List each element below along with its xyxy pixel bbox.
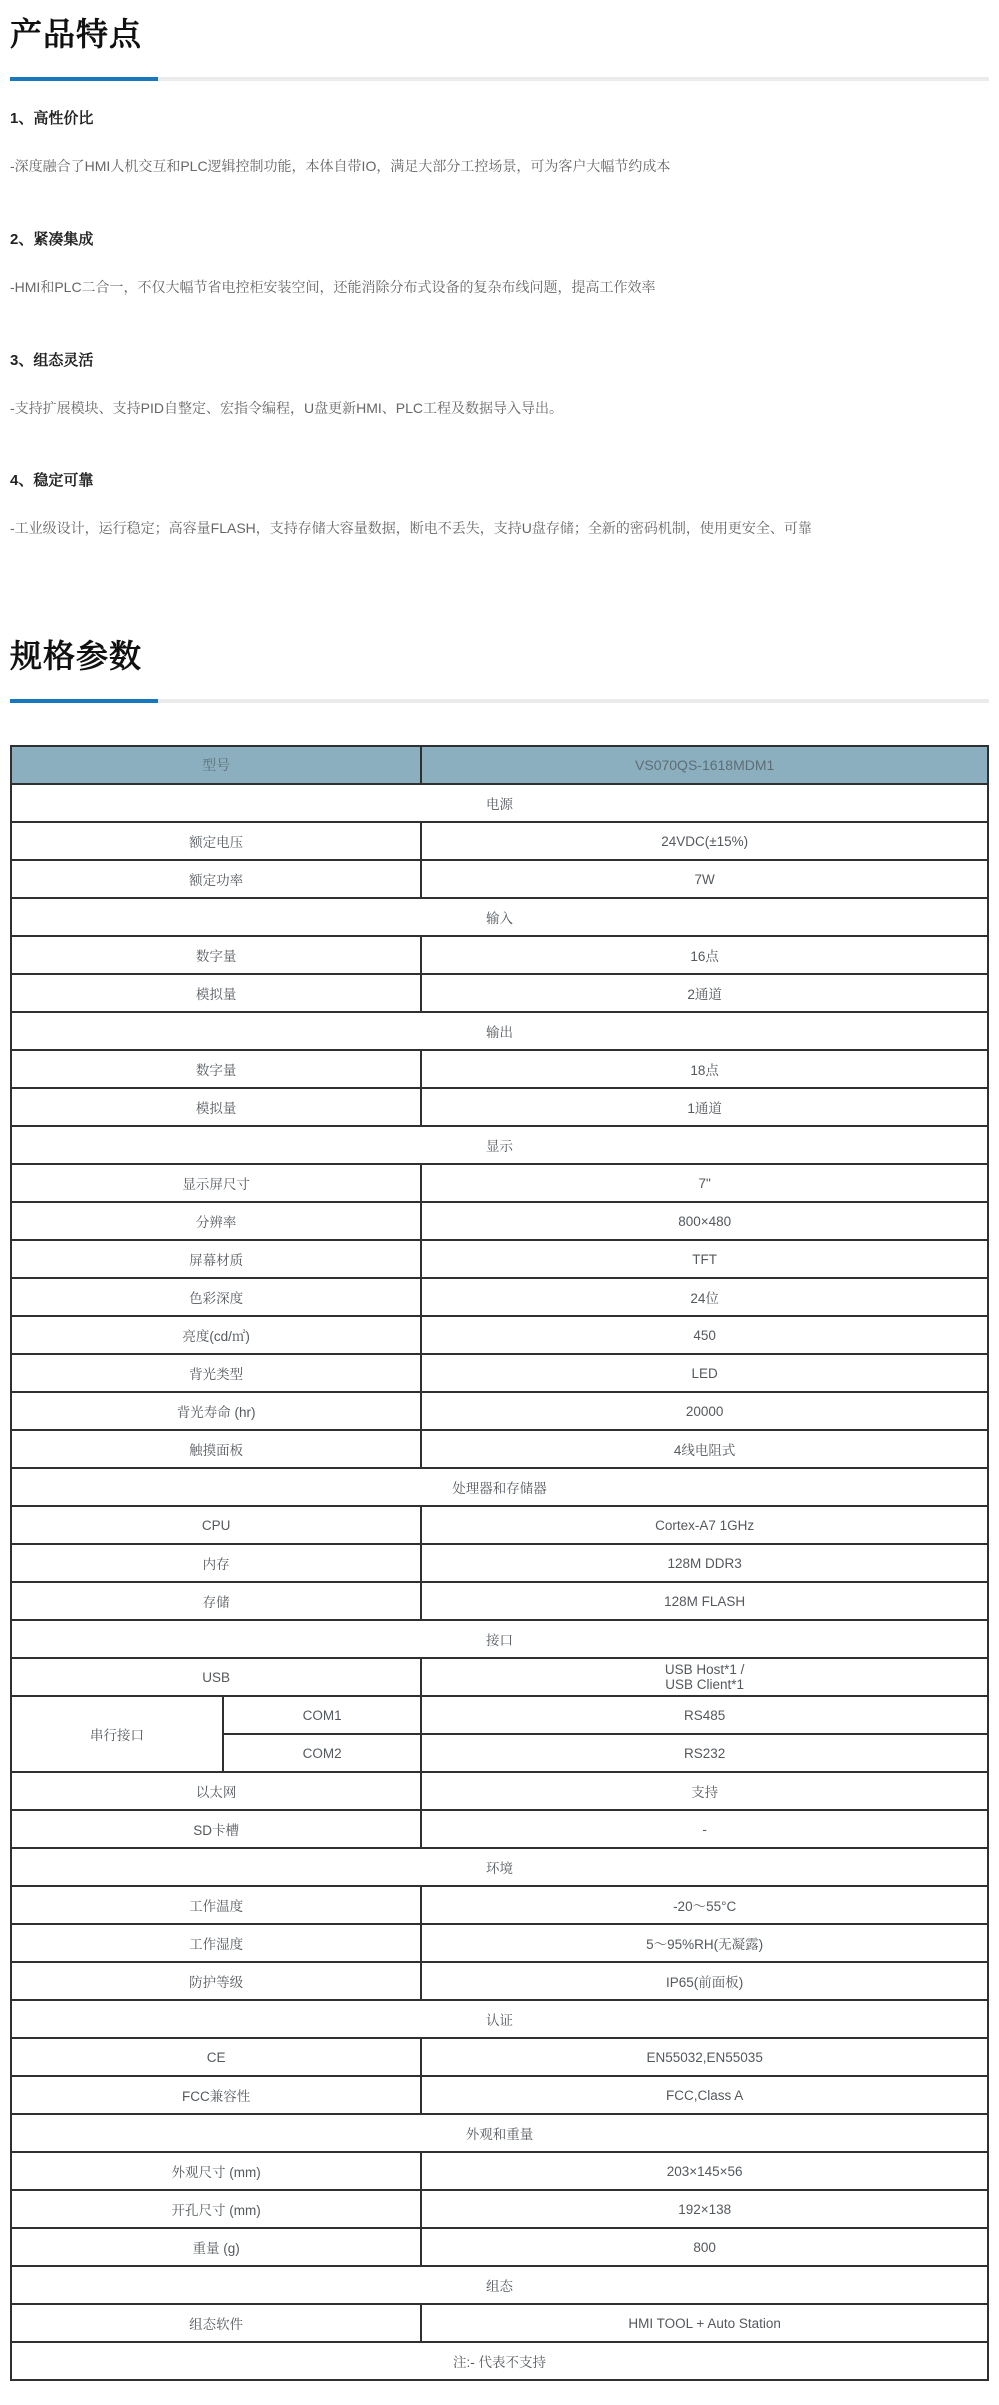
spec-row-kv-30: 工作湿度5～95%RH(无凝露) xyxy=(11,1924,988,1962)
feature-heading-4: 4、稳定可靠 xyxy=(10,469,989,490)
spec-row-kv-15: 背光类型LED xyxy=(11,1354,988,1392)
spec-row-kv-37: 开孔尺寸 (mm)192×138 xyxy=(11,2190,988,2228)
spec-row-kv-2: 额定功率7W xyxy=(11,860,988,898)
spec-row-section-35: 外观和重量 xyxy=(11,2114,988,2152)
spec-row-section-3: 输入 xyxy=(11,898,988,936)
spec-cell-label: FCC兼容性 xyxy=(11,2076,421,2114)
spec-cell-label: CPU xyxy=(11,1506,421,1544)
spec-cell-value: 203×145×56 xyxy=(421,2152,988,2190)
spec-table-header-row: 型号 VS070QS-1618MDM1 xyxy=(11,746,988,784)
spec-cell-value: LED xyxy=(421,1354,988,1392)
spec-row-section-28: 环境 xyxy=(11,1848,988,1886)
spec-cell-value: EN55032,EN55035 xyxy=(421,2038,988,2076)
spec-cell-label: 内存 xyxy=(11,1544,421,1582)
spec-row-kv-29: 工作温度-20～55°C xyxy=(11,1886,988,1924)
spec-section-label: 外观和重量 xyxy=(11,2114,988,2152)
feature-description-4: -工业级设计，运行稳定；高容量FLASH，支持存储大容量数据，断电不丢失，支持U… xyxy=(10,519,989,538)
spec-row-kv-38: 重量 (g)800 xyxy=(11,2228,988,2266)
spec-cell-value: TFT xyxy=(421,1240,988,1278)
spec-section-label: 组态 xyxy=(11,2266,988,2304)
spec-row-section-9: 显示 xyxy=(11,1126,988,1164)
spec-cell-value: IP65(前面板) xyxy=(421,1962,988,2000)
spec-cell-value: 支持 xyxy=(421,1772,988,1810)
spec-cell-label: USB xyxy=(11,1658,421,1696)
spec-row-kv-23: USBUSB Host*1 / USB Client*1 xyxy=(11,1658,988,1696)
specs-title-rule-accent xyxy=(10,699,158,703)
feature-heading-3: 3、组态灵活 xyxy=(10,349,989,370)
spec-cell-label: 模拟量 xyxy=(11,974,421,1012)
spec-table-body: 型号 VS070QS-1618MDM1 电源额定电压24VDC(±15%)额定功… xyxy=(11,746,988,2380)
spec-cell-value: -20～55°C xyxy=(421,1886,988,1924)
spec-cell-label: 数字量 xyxy=(11,1050,421,1088)
spec-row-section-6: 输出 xyxy=(11,1012,988,1050)
spec-row-kv-26: 以太网支持 xyxy=(11,1772,988,1810)
feature-heading-2: 2、紧凑集成 xyxy=(10,228,989,249)
spec-cell-label: 防护等级 xyxy=(11,1962,421,2000)
spec-row-kv-13: 色彩深度24位 xyxy=(11,1278,988,1316)
features-title-rule xyxy=(10,77,989,81)
feature-description-2: -HMI和PLC二合一，不仅大幅节省电控柜安装空间，还能消除分布式设备的复杂布线… xyxy=(10,278,989,297)
spec-cell-value: 4线电阻式 xyxy=(421,1430,988,1468)
spec-row-kv-17: 触摸面板4线电阻式 xyxy=(11,1430,988,1468)
spec-section-label: 输入 xyxy=(11,898,988,936)
specs-section-title: 规格参数 xyxy=(10,638,989,675)
model-header-value: VS070QS-1618MDM1 xyxy=(421,746,988,784)
spec-cell-label: CE xyxy=(11,2038,421,2076)
features-title-rule-accent xyxy=(10,77,158,81)
spec-row-kv-11: 分辨率800×480 xyxy=(11,1202,988,1240)
spec-row-kv-33: CEEN55032,EN55035 xyxy=(11,2038,988,2076)
spec-cell-value: 800 xyxy=(421,2228,988,2266)
spec-cell-value: - xyxy=(421,1810,988,1848)
spec-cell-value: 20000 xyxy=(421,1392,988,1430)
spec-row-section-39: 组态 xyxy=(11,2266,988,2304)
spec-row-kv-5: 模拟量2通道 xyxy=(11,974,988,1012)
spec-row-note-41: 注:- 代表不支持 xyxy=(11,2342,988,2380)
spec-cell-label: 开孔尺寸 (mm) xyxy=(11,2190,421,2228)
page-content: 产品特点 1、高性价比 -深度融合了HMI人机交互和PLC逻辑控制功能，本体自带… xyxy=(0,16,999,2405)
spec-cell-value: FCC,Class A xyxy=(421,2076,988,2114)
spec-cell-value: 128M FLASH xyxy=(421,1582,988,1620)
spec-section-label: 电源 xyxy=(11,784,988,822)
spec-cell-value: 7W xyxy=(421,860,988,898)
spec-cell-label: 背光类型 xyxy=(11,1354,421,1392)
spec-section-label: 接口 xyxy=(11,1620,988,1658)
spec-row-section-0: 电源 xyxy=(11,784,988,822)
spec-section-label: 输出 xyxy=(11,1012,988,1050)
spec-row-kv-16: 背光寿命 (hr)20000 xyxy=(11,1392,988,1430)
spec-cell-sub-label: COM1 xyxy=(223,1696,421,1734)
spec-row-kv-34: FCC兼容性FCC,Class A xyxy=(11,2076,988,2114)
spec-cell-label: 数字量 xyxy=(11,936,421,974)
features-list: 1、高性价比 -深度融合了HMI人机交互和PLC逻辑控制功能，本体自带IO，满足… xyxy=(10,107,989,539)
spec-row-kv-20: 内存128M DDR3 xyxy=(11,1544,988,1582)
spec-row-kv-4: 数字量16点 xyxy=(11,936,988,974)
spec-cell-value: HMI TOOL + Auto Station xyxy=(421,2304,988,2342)
spec-cell-value: 16点 xyxy=(421,936,988,974)
feature-description-1: -深度融合了HMI人机交互和PLC逻辑控制功能，本体自带IO，满足大部分工控场景… xyxy=(10,157,989,176)
spec-row-kv-7: 数字量18点 xyxy=(11,1050,988,1088)
spec-cell-value: 1通道 xyxy=(421,1088,988,1126)
spec-cell-label: 外观尺寸 (mm) xyxy=(11,2152,421,2190)
spec-cell-value: 2通道 xyxy=(421,974,988,1012)
spec-cell-value: 800×480 xyxy=(421,1202,988,1240)
spec-cell-label: 色彩深度 xyxy=(11,1278,421,1316)
spec-cell-label: 工作湿度 xyxy=(11,1924,421,1962)
spec-row-kv-27: SD卡槽- xyxy=(11,1810,988,1848)
feature-description-3: -支持扩展模块、支持PID自整定、宏指令编程，U盘更新HMI、PLC工程及数据导… xyxy=(10,399,989,418)
spec-cell-group-label: 串行接口 xyxy=(11,1696,223,1772)
spec-cell-label: 触摸面板 xyxy=(11,1430,421,1468)
spec-cell-label: 工作温度 xyxy=(11,1886,421,1924)
spec-row-kv-40: 组态软件HMI TOOL + Auto Station xyxy=(11,2304,988,2342)
spec-cell-label: 组态软件 xyxy=(11,2304,421,2342)
spec-cell-label: 额定电压 xyxy=(11,822,421,860)
spec-cell-value: 5～95%RH(无凝露) xyxy=(421,1924,988,1962)
spec-row-kv-19: CPUCortex-A7 1GHz xyxy=(11,1506,988,1544)
spec-cell-value: 24VDC(±15%) xyxy=(421,822,988,860)
spec-cell-value: 128M DDR3 xyxy=(421,1544,988,1582)
spec-row-section-18: 处理器和存储器 xyxy=(11,1468,988,1506)
spec-cell-label: 亮度(cd/㎡) xyxy=(11,1316,421,1354)
specs-title-rule xyxy=(10,699,989,703)
spec-cell-label: 显示屏尺寸 xyxy=(11,1164,421,1202)
spec-cell-label: 屏幕材质 xyxy=(11,1240,421,1278)
spec-cell-label: 分辨率 xyxy=(11,1202,421,1240)
spec-table-note: 注:- 代表不支持 xyxy=(11,2342,988,2380)
spec-cell-value: RS485 xyxy=(421,1696,988,1734)
spec-cell-value: 24位 xyxy=(421,1278,988,1316)
spec-cell-value: 192×138 xyxy=(421,2190,988,2228)
spec-cell-value: 18点 xyxy=(421,1050,988,1088)
feature-heading-1: 1、高性价比 xyxy=(10,107,989,128)
spec-row-kv-1: 额定电压24VDC(±15%) xyxy=(11,822,988,860)
spec-section-label: 环境 xyxy=(11,1848,988,1886)
spec-cell-value: Cortex-A7 1GHz xyxy=(421,1506,988,1544)
model-header-label: 型号 xyxy=(11,746,421,784)
spec-row-kv-8: 模拟量1通道 xyxy=(11,1088,988,1126)
spec-cell-value: 7" xyxy=(421,1164,988,1202)
spec-section-label: 认证 xyxy=(11,2000,988,2038)
spec-row-kv-14: 亮度(cd/㎡)450 xyxy=(11,1316,988,1354)
spec-row-section-22: 接口 xyxy=(11,1620,988,1658)
spec-row-kv-31: 防护等级IP65(前面板) xyxy=(11,1962,988,2000)
spec-row-group-first-24: 串行接口COM1RS485 xyxy=(11,1696,988,1734)
spec-row-kv-10: 显示屏尺寸7" xyxy=(11,1164,988,1202)
spec-cell-label: SD卡槽 xyxy=(11,1810,421,1848)
spec-cell-label: 存储 xyxy=(11,1582,421,1620)
spec-cell-label: 背光寿命 (hr) xyxy=(11,1392,421,1430)
spec-cell-value: 450 xyxy=(421,1316,988,1354)
spec-section-label: 处理器和存储器 xyxy=(11,1468,988,1506)
spec-cell-label: 额定功率 xyxy=(11,860,421,898)
spec-cell-value: RS232 xyxy=(421,1734,988,1772)
spec-cell-value: USB Host*1 / USB Client*1 xyxy=(421,1658,988,1696)
spec-cell-label: 重量 (g) xyxy=(11,2228,421,2266)
spec-row-section-32: 认证 xyxy=(11,2000,988,2038)
spec-cell-label: 以太网 xyxy=(11,1772,421,1810)
spec-section-label: 显示 xyxy=(11,1126,988,1164)
spec-row-kv-36: 外观尺寸 (mm)203×145×56 xyxy=(11,2152,988,2190)
spec-row-kv-12: 屏幕材质TFT xyxy=(11,1240,988,1278)
features-section-title: 产品特点 xyxy=(10,16,989,53)
spec-cell-sub-label: COM2 xyxy=(223,1734,421,1772)
spec-table: 型号 VS070QS-1618MDM1 电源额定电压24VDC(±15%)额定功… xyxy=(10,745,989,2381)
spec-cell-label: 模拟量 xyxy=(11,1088,421,1126)
spec-row-kv-21: 存储128M FLASH xyxy=(11,1582,988,1620)
